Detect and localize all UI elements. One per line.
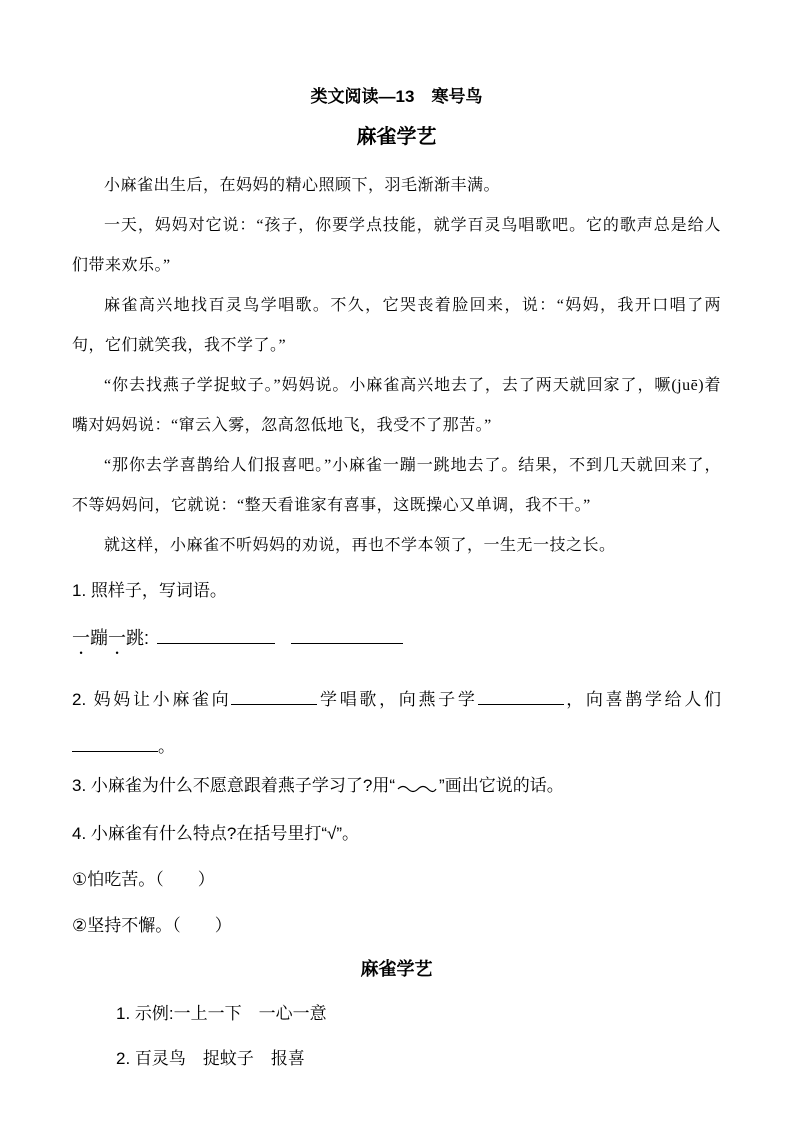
- question-2-text: 学唱歌，向燕子学: [317, 690, 477, 709]
- passage-paragraph: “那你去学喜鹊给人们报喜吧。”小麻雀一蹦一跳地去了。结果，不到几天就回来了，不等…: [72, 446, 721, 526]
- answer-blank-line: [231, 686, 317, 705]
- example-word-char: 跳: [126, 628, 144, 648]
- question-2-text: ，向喜鹊学给人们: [564, 690, 721, 709]
- passage-paragraph: 麻雀高兴地找百灵鸟学唱歌。不久，它哭丧着脸回来，说：“妈妈，我开口唱了两句，它们…: [72, 286, 721, 366]
- answer-blank-line: [291, 625, 403, 644]
- question-1-example-row: 一蹦一跳:: [72, 625, 721, 658]
- answer-key-item: 2. 百灵鸟 捉蚊子 报喜: [72, 1046, 721, 1072]
- question-1-label: 1. 照样子，写词语。: [72, 578, 721, 604]
- question-2-text: 2. 妈妈让小麻雀向: [72, 690, 231, 709]
- question-4: 4. 小麻雀有什么特点?在括号里打“√”。: [72, 821, 721, 847]
- passage-paragraph: 小麻雀出生后，在妈妈的精心照顾下，羽毛渐渐丰满。: [72, 166, 721, 206]
- question-3-text: 3. 小麻雀为什么不愿意跟着燕子学习了?用“: [72, 776, 395, 795]
- passage-title: 麻雀学艺: [72, 122, 721, 152]
- passage-paragraph: “你去找燕子学捉蚊子。”妈妈说。小麻雀高兴地去了，去了两天就回家了，噘(juē)…: [72, 366, 721, 446]
- wavy-underline-icon: [395, 777, 439, 791]
- answer-key-section: 麻雀学艺 1. 示例:一上一下 一心一意 2. 百灵鸟 捉蚊子 报喜: [72, 956, 721, 1072]
- answer-blank-line: [157, 625, 275, 644]
- lesson-title: 类文阅读—13 寒号鸟: [72, 84, 721, 110]
- answer-blank-line: [478, 686, 564, 705]
- question-3: 3. 小麻雀为什么不愿意跟着燕子学习了?用“”画出它说的话。: [72, 773, 721, 799]
- answer-key-title: 麻雀学艺: [72, 956, 721, 982]
- example-word-char: 蹦: [90, 628, 108, 648]
- example-word-emphasized-char: 一: [108, 628, 126, 648]
- question-3-text: ”画出它说的话。: [439, 776, 564, 795]
- passage-paragraph: 就这样，小麻雀不听妈妈的劝说，再也不学本领了，一生无一技之长。: [72, 526, 721, 566]
- questions-section: 1. 照样子，写词语。 一蹦一跳: 2. 妈妈让小麻雀向学唱歌，向燕子学，向喜鹊…: [72, 578, 721, 939]
- passage-paragraph: 一天，妈妈对它说：“孩子，你要学点技能，就学百灵鸟唱歌吧。它的歌声总是给人们带来…: [72, 206, 721, 286]
- question-4-option-2: ②坚持不懈。（ ）: [72, 913, 721, 939]
- worksheet-page: 类文阅读—13 寒号鸟 麻雀学艺 小麻雀出生后，在妈妈的精心照顾下，羽毛渐渐丰满…: [0, 0, 793, 1122]
- example-word-emphasized-char: 一: [72, 628, 90, 648]
- question-4-option-1: ①怕吃苦。（ ）: [72, 867, 721, 893]
- question-2: 2. 妈妈让小麻雀向学唱歌，向燕子学，向喜鹊学给人们。: [72, 676, 721, 770]
- example-word-colon: :: [144, 628, 149, 648]
- answer-blank-line: [72, 733, 158, 752]
- question-2-text: 。: [158, 737, 175, 756]
- passage: 小麻雀出生后，在妈妈的精心照顾下，羽毛渐渐丰满。 一天，妈妈对它说：“孩子，你要…: [72, 166, 721, 566]
- answer-key-item: 1. 示例:一上一下 一心一意: [72, 1001, 721, 1027]
